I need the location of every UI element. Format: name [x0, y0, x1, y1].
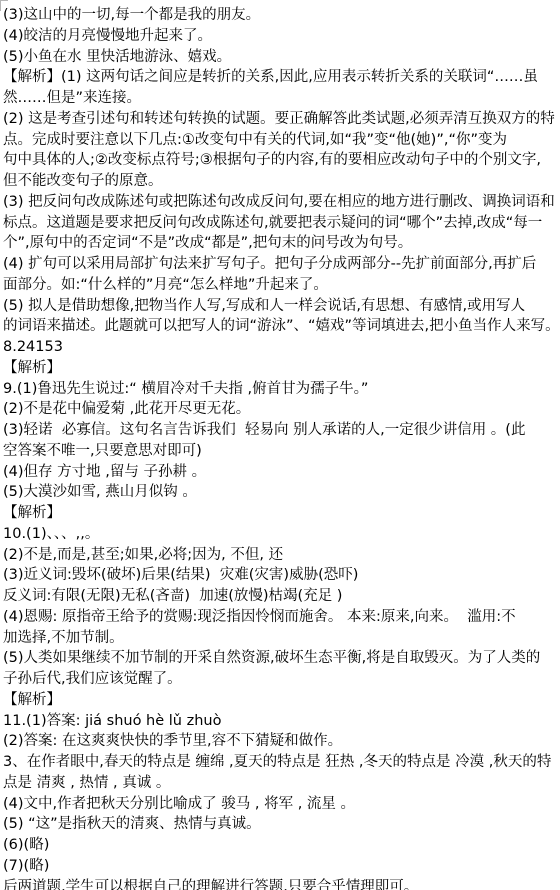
analysis-line: 面部分。如:“什么样的”月亮“怎么样地”升起来了。: [3, 275, 560, 296]
analysis-line: 句中具体的人;②改变标点符号;③根据句子的内容,有的要相应改动句子中的个别文字,: [3, 150, 560, 171]
answer-item-line: (3)轻诺 必寡信。这句名言告诉我们 轻易向 别人承诺的人,一定很少讲信用 。(…: [3, 420, 560, 441]
analysis-heading-line: 【解析】(1) 这两句话之间应是转折的关系,因此,应用表示转折关系的关联词“………: [3, 67, 560, 88]
answer-item-line: (2)不是花中偏爱菊 ,此花开尽更无花。: [3, 399, 560, 420]
question-9-answer-line: 9.(1)鲁迅先生说过:“ 横眉冷对千夫指 ,俯首甘为孺子牛。”: [3, 379, 560, 400]
section-q11: 11.(1)答案: jiá shuó hè lǔ zhuò (2)答案: 在这爽…: [3, 711, 560, 890]
question-8-answer-line: 8.24153: [3, 337, 560, 358]
answer-item-line: 点是 清爽 , 热情 , 真诚 。: [3, 773, 560, 794]
answer-item-line: (2)不是,而是,甚至;如果,必将;因为, 不但, 还: [3, 545, 560, 566]
analysis-line: (5) 拟人是借助想像,把物当作人写,写成和人一样会说话,有思想、有感情,或用写…: [3, 296, 560, 317]
answer-item-line: 3、在作者眼中,春天的特点是 缠绵 ,夏天的特点是 狂热 ,冬天的特点是 冷漠 …: [3, 752, 560, 773]
section-q7-analysis: 【解析】(1) 这两句话之间应是转折的关系,因此,应用表示转折关系的关联词“………: [3, 67, 560, 337]
analysis-line: (3) 把反问句改成陈述句或把陈述句改成反问句,要在相应的地方进行删改、调换词语…: [3, 192, 560, 213]
answer-item-line: (5)小鱼在水 里快活地游泳、嬉戏。: [3, 47, 560, 68]
question-11-pinyin-answer-line: 11.(1)答案: jiá shuó hè lǔ zhuò: [3, 711, 560, 732]
section-q10: 10.(1)、、、,,。 (2)不是,而是,甚至;如果,必将;因为, 不但, 还…: [3, 524, 560, 711]
answer-item-line: (4)但存 方寸地 ,留与 子孙耕 。: [3, 462, 560, 483]
answer-item-line: (2)答案: 在这爽爽快快的季节里,容不下猜疑和做作。: [3, 731, 560, 752]
question-10-answer-line: 10.(1)、、、,,。: [3, 524, 560, 545]
analysis-line: (4) 扩句可以采用局部扩句法来扩写句子。把句子分成两部分--先扩前面部分,再扩…: [3, 254, 560, 275]
answer-item-line: (5) “这”是指秋天的清爽、热情与真诚。: [3, 814, 560, 835]
answer-item-line: (5)人类如果继续不加节制的开采自然资源,破坏生态平衡,将是自取毁灭。为了人类的: [3, 648, 560, 669]
section-q8: 8.24153 【解析】: [3, 337, 560, 379]
analysis-line: 个”,原句中的否定词“不是”改成“都是”,把句末的问号改为句号。: [3, 233, 560, 254]
closing-note-line: 后两道题,学生可以根据自己的理解进行答题,只要合乎情理即可。: [3, 877, 560, 890]
analysis-line: (2) 这是考查引述句和转述句转换的试题。要正确解答此类试题,必须弄清互换双方的…: [3, 109, 560, 130]
answer-item-line: 加选择,不加节制。: [3, 628, 560, 649]
analysis-line: 标点。这道题是要求把反问句改成陈述句,就要把表示疑问的词“哪个”去掉,改成“每一: [3, 213, 560, 234]
answer-item-line: (4)皎洁的月亮慢慢地升起来了。: [3, 26, 560, 47]
analysis-line: 然……但是”来连接。: [3, 88, 560, 109]
scan-corner-artifact: [0, 0, 8, 11]
analysis-heading: 【解析】: [3, 690, 560, 711]
analysis-line: 点。完成时要注意以下几点:①改变句中有关的代词,如“我”变“他(她)”,“你”变…: [3, 130, 560, 151]
answer-item-line: 反义词:有限(无限)无私(吝啬) 加速(放慢)枯竭(充足 ): [3, 586, 560, 607]
answer-item-line: (3)这山中的一切,每一个都是我的朋友。: [3, 5, 560, 26]
answer-item-line: (3)近义词:毁坏(破坏)后果(结果) 灾难(灾害)威胁(恐吓): [3, 565, 560, 586]
analysis-line: 的词语来描述。此题就可以把写人的词“游泳”、“嬉戏”等词填进去,把小鱼当作人来写…: [3, 316, 560, 337]
answer-item-line: (7)(略): [3, 856, 560, 877]
analysis-heading: 【解析】: [3, 503, 560, 524]
answer-item-line: 子孙后代,我们应该觉醒了。: [3, 669, 560, 690]
analysis-heading: 【解析】: [3, 358, 560, 379]
section-q9: 9.(1)鲁迅先生说过:“ 横眉冷对千夫指 ,俯首甘为孺子牛。” (2)不是花中…: [3, 379, 560, 524]
analysis-line: 但不能改变句子的原意。: [3, 171, 560, 192]
answer-item-line: (4)文中,作者把秋天分别比喻成了 骏马 , 将军 , 流星 。: [3, 794, 560, 815]
answer-item-line: (4)恩赐: 原指帝王给予的赏赐:现泛指因怜悯而施舍。 本来:原来,向来。 滥用…: [3, 607, 560, 628]
exam-answer-key-document: (3)这山中的一切,每一个都是我的朋友。 (4)皎洁的月亮慢慢地升起来了。 (5…: [0, 0, 560, 890]
section-q7-answers: (3)这山中的一切,每一个都是我的朋友。 (4)皎洁的月亮慢慢地升起来了。 (5…: [3, 5, 560, 67]
answer-item-line: 空答案不唯一,只要意思对即可): [3, 441, 560, 462]
answer-item-line: (5)大漠沙如雪, 燕山月似钩 。: [3, 482, 560, 503]
answer-item-line: (6)(略): [3, 835, 560, 856]
